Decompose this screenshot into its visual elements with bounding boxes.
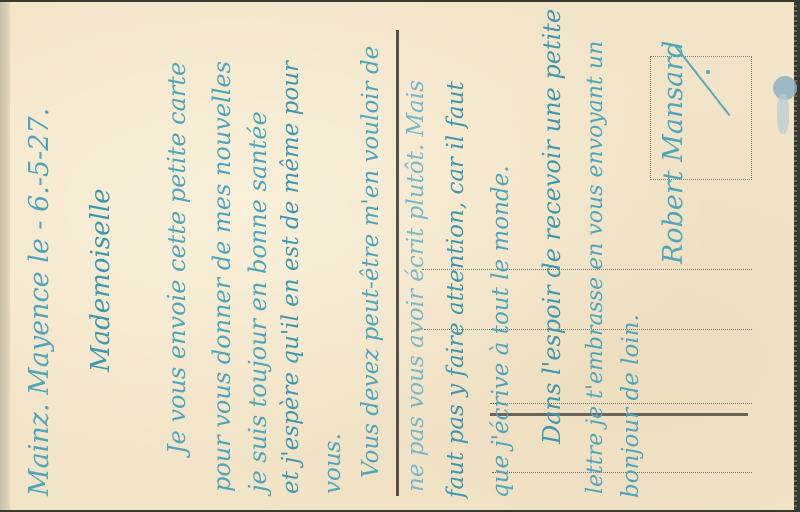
serrated-right-edge	[794, 2, 797, 510]
letter-line-2: pour vous donner de mes nouvelles	[210, 61, 234, 492]
letter-line-1: Je vous envoie cette petite carte	[165, 62, 189, 454]
postcard: Mainz. Mayence le - 6.-5-27. Mademoisell…	[0, 2, 797, 510]
letter-line-11: lettre je t'embrasse en vous envoyant un	[585, 41, 607, 494]
letter-line-5: vous.	[322, 433, 345, 494]
letter-line-7: ne pas vous avoir écrit plutôt. Mais	[405, 80, 428, 492]
signature: Robert Mansard	[660, 41, 687, 264]
letter-line-9: que j'écrive à tout le monde.	[490, 165, 513, 498]
letter-line-12: bonjour de loin.	[620, 314, 643, 498]
left-edge-shadow	[0, 2, 10, 510]
place-date: Mainz. Mayence le - 6.-5-27.	[26, 108, 53, 496]
letter-line-4: et j'espère qu'il en est de même pour	[280, 61, 303, 494]
letter-line-10: Dans l'espoir de recevoir une petite	[540, 9, 564, 444]
signature-dot	[706, 70, 710, 74]
salutation: Mademoiselle	[88, 188, 114, 372]
center-divider	[396, 30, 399, 496]
ink-smudge	[777, 94, 789, 134]
letter-line-8: faut pas y faire attention, car il faut	[445, 81, 468, 498]
letter-line-3: je suis toujour en bonne santée	[246, 111, 270, 492]
letter-line-6: Vous devez peut-être m'en vouloir de	[360, 46, 383, 478]
